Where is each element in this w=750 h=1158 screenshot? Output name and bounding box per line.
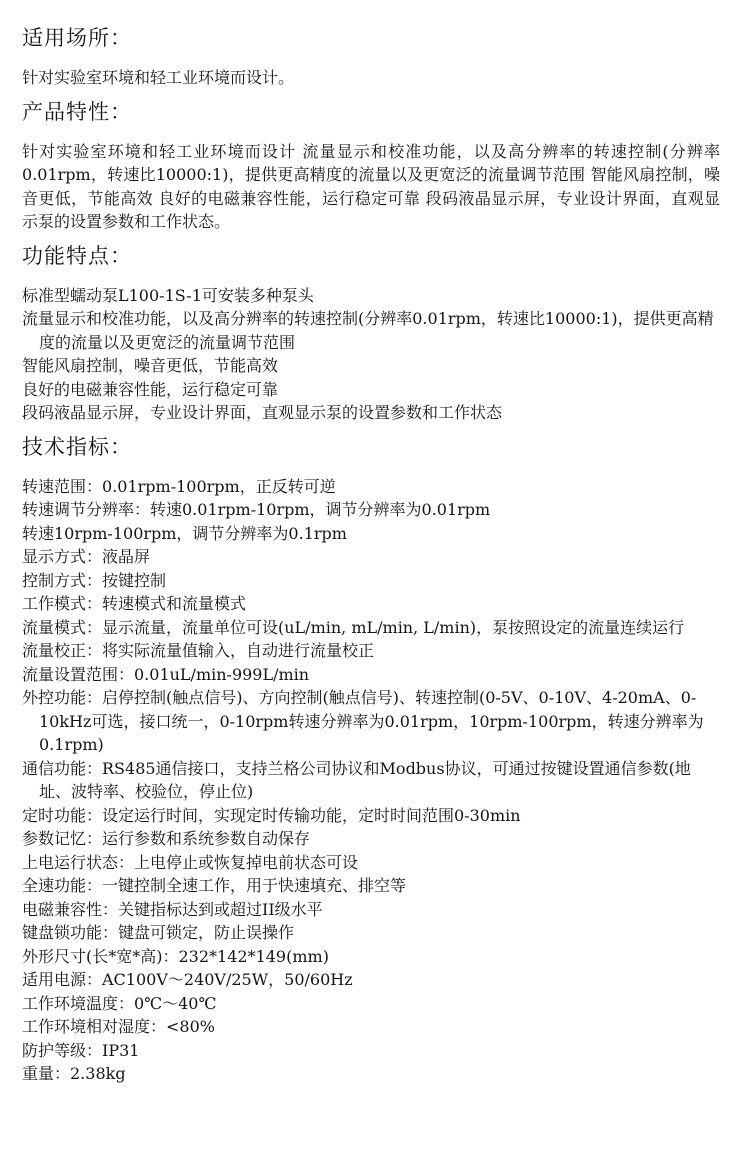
spec-line-flow-calibration: 流量校正：将实际流量值输入，自动进行流量校正 bbox=[22, 639, 720, 663]
section-applicable-places: 适用场所： 针对实验室环境和轻工业环境而设计。 bbox=[22, 24, 720, 90]
spec-line-speed-resolution-high: 转速10rpm-100rpm，调节分辨率为0.1rpm bbox=[22, 522, 720, 546]
section-product-features: 产品特性： 针对实验室环境和轻工业环境而设计 流量显示和校准功能，以及高分辨率的… bbox=[22, 98, 720, 234]
spec-line-parameter-memory: 参数记忆：运行参数和系统参数自动保存 bbox=[22, 827, 720, 851]
spec-line-speed-range: 转速范围：0.01rpm-100rpm，正反转可逆 bbox=[22, 475, 720, 499]
section-function-highlights: 功能特点： 标准型蠕动泵L100-1S-1可安装多种泵头 流量显示和校准功能，以… bbox=[22, 242, 720, 425]
feature-line: 段码液晶显示屏，专业设计界面，直观显示泵的设置参数和工作状态 bbox=[22, 401, 720, 425]
spec-line-power-supply: 适用电源：AC100V～240V/25W，50/60Hz bbox=[22, 968, 720, 992]
applicable-places-text: 针对实验室环境和轻工业环境而设计。 bbox=[22, 66, 720, 90]
feature-line: 良好的电磁兼容性能，运行稳定可靠 bbox=[22, 378, 720, 402]
spec-line-control: 控制方式：按键控制 bbox=[22, 569, 720, 593]
spec-line-keyboard-lock: 键盘锁功能：键盘可锁定，防止误操作 bbox=[22, 921, 720, 945]
spec-line-protection-rating: 防护等级：IP31 bbox=[22, 1039, 720, 1063]
spec-line-external-control: 外控功能：启停控制(触点信号)、方向控制(触点信号)、转速控制(0-5V、0-1… bbox=[22, 686, 720, 757]
spec-line-communication: 通信功能：RS485通信接口，支持兰格公司协议和Modbus协议，可通过按键设置… bbox=[22, 757, 720, 804]
feature-line: 流量显示和校准功能，以及高分辨率的转速控制(分辨率0.01rpm，转速比1000… bbox=[22, 307, 720, 354]
spec-line-timing: 定时功能：设定运行时间，实现定时传输功能，定时时间范围0-30min bbox=[22, 804, 720, 828]
section-heading-product-features: 产品特性： bbox=[22, 98, 720, 126]
product-features-text: 针对实验室环境和轻工业环境而设计 流量显示和校准功能，以及高分辨率的转速控制(分… bbox=[22, 140, 720, 234]
document: 适用场所： 针对实验室环境和轻工业环境而设计。 产品特性： 针对实验室环境和轻工… bbox=[0, 0, 750, 1112]
section-heading-applicable-places: 适用场所： bbox=[22, 24, 720, 52]
spec-line-flow-mode: 流量模式：显示流量，流量单位可设(uL/min, mL/min, L/min)，… bbox=[22, 616, 720, 640]
spec-line-emc: 电磁兼容性：关键指标达到或超过II级水平 bbox=[22, 898, 720, 922]
spec-line-display: 显示方式：液晶屏 bbox=[22, 545, 720, 569]
section-heading-function-highlights: 功能特点： bbox=[22, 242, 720, 270]
spec-line-flow-setting-range: 流量设置范围：0.01uL/min-999L/min bbox=[22, 663, 720, 687]
spec-line-power-on-state: 上电运行状态：上电停止或恢复掉电前状态可设 bbox=[22, 851, 720, 875]
spec-line-relative-humidity: 工作环境相对湿度：<80% bbox=[22, 1015, 720, 1039]
feature-line: 智能风扇控制，噪音更低，节能高效 bbox=[22, 354, 720, 378]
spec-line-full-speed: 全速功能：一键控制全速工作，用于快速填充、排空等 bbox=[22, 874, 720, 898]
spec-line-operating-temperature: 工作环境温度：0℃～40℃ bbox=[22, 992, 720, 1016]
spec-line-work-mode: 工作模式：转速模式和流量模式 bbox=[22, 592, 720, 616]
section-technical-specs: 技术指标： 转速范围：0.01rpm-100rpm，正反转可逆 转速调节分辨率：… bbox=[22, 433, 720, 1086]
spec-line-speed-resolution: 转速调节分辨率：转速0.01rpm-10rpm，调节分辨率为0.01rpm bbox=[22, 498, 720, 522]
spec-line-dimensions: 外形尺寸(长*宽*高)：232*142*149(mm) bbox=[22, 945, 720, 969]
spec-line-weight: 重量：2.38kg bbox=[22, 1062, 720, 1086]
feature-line: 标准型蠕动泵L100-1S-1可安装多种泵头 bbox=[22, 284, 720, 308]
section-heading-technical-specs: 技术指标： bbox=[22, 433, 720, 461]
